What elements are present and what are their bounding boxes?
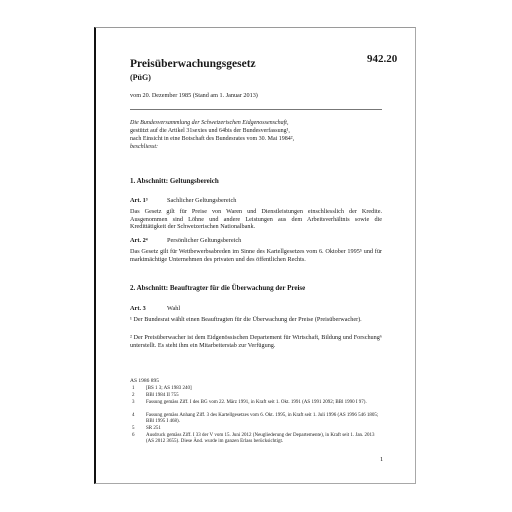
header-divider bbox=[130, 109, 382, 110]
footnote-source: AS 1986 895 bbox=[130, 378, 159, 384]
preamble-line-4: beschliesst: bbox=[130, 143, 294, 151]
article-3-para-2: ² Der Preisüberwacher ist dem Eidgenössi… bbox=[130, 334, 382, 349]
preamble-line-2: gestützt auf die Artikel 31sexies und 64… bbox=[130, 127, 294, 135]
footnote-item: 5SR 251 bbox=[130, 426, 382, 432]
article-2-text: Das Gesetz gilt für Wettbewerbsabreden i… bbox=[130, 248, 382, 263]
article-3-label: Art. 3 bbox=[130, 305, 146, 312]
footnote-number: 6 bbox=[132, 433, 135, 439]
footnote-item: 1[BS 1 3; AS 1983 240] bbox=[130, 386, 382, 392]
footnote-text: Fassung gemäss Anhang Ziff. 3 des Kartel… bbox=[146, 413, 382, 425]
footnote-number: 2 bbox=[132, 393, 135, 399]
footnote-text: [BS 1 3; AS 1983 240] bbox=[146, 386, 382, 392]
article-1-label: Art. 1³ bbox=[130, 197, 148, 204]
article-3-para-1: ¹ Der Bundesrat wählt einen Beauftragten… bbox=[130, 316, 382, 324]
footnote-item: 6Ausdruck gemäss Ziff. I 33 der V vom 15… bbox=[130, 433, 382, 445]
section-heading-2: 2. Abschnitt: Beauftragter für die Überw… bbox=[130, 284, 305, 292]
article-2-label: Art. 2⁴ bbox=[130, 237, 148, 244]
section-heading-1: 1. Abschnitt: Geltungsbereich bbox=[130, 177, 219, 185]
article-1-text: Das Gesetz gilt für Preise von Waren und… bbox=[130, 208, 382, 231]
footnote-text: BBl 1984 II 755 bbox=[146, 393, 382, 399]
preamble-line-1: Die Bundesversammlung der Schweizerische… bbox=[130, 119, 294, 127]
article-1-title: Sachlicher Geltungsbereich bbox=[167, 197, 236, 204]
footnote-item: 2BBl 1984 II 755 bbox=[130, 393, 382, 399]
page-number: 1 bbox=[380, 456, 383, 463]
article-3-title: Wahl bbox=[167, 305, 180, 312]
footnote-text: Fassung gemäss Ziff. I des BG vom 22. Mä… bbox=[146, 400, 382, 406]
document-title: Preisüberwachungsgesetz bbox=[130, 58, 256, 70]
footnote-text: SR 251 bbox=[146, 426, 382, 432]
footnote-number: 4 bbox=[132, 413, 135, 419]
footnote-item: 3Fassung gemäss Ziff. I des BG vom 22. M… bbox=[130, 400, 382, 406]
footnote-number: 5 bbox=[132, 426, 135, 432]
document-abbreviation: (PüG) bbox=[130, 73, 151, 82]
preamble-line-3: nach Einsicht in eine Botschaft des Bund… bbox=[130, 135, 294, 143]
footnote-item: 4Fassung gemäss Anhang Ziff. 3 des Karte… bbox=[130, 413, 382, 425]
preamble: Die Bundesversammlung der Schweizerische… bbox=[130, 119, 294, 151]
date-line: vom 20. Dezember 1985 (Stand am 1. Janua… bbox=[130, 92, 258, 99]
footnote-number: 3 bbox=[132, 400, 135, 406]
footnote-number: 1 bbox=[132, 386, 135, 392]
article-2-title: Persönlicher Geltungsbereich bbox=[167, 237, 241, 244]
footnote-text: Ausdruck gemäss Ziff. I 33 der V vom 15.… bbox=[146, 433, 382, 445]
sr-number: 942.20 bbox=[367, 53, 397, 65]
